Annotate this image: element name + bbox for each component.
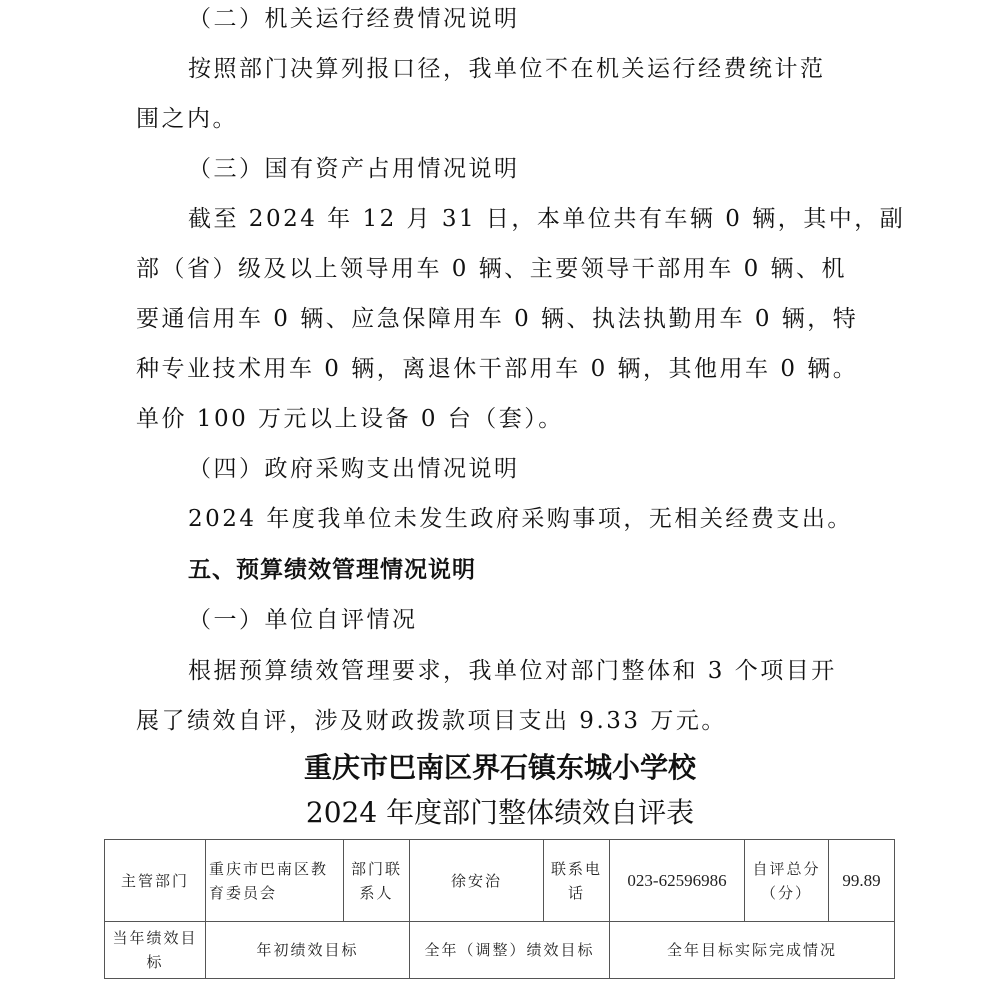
contact-value: 徐安治 [410,840,544,922]
section-3-paragraph-line-4: 种专业技术用车 0 辆，离退休干部用车 0 辆，其他用车 0 辆。 [136,354,858,384]
section-2-paragraph-line-2: 围之内。 [136,104,238,134]
section-3-paragraph-line-3: 要通信用车 0 辆、应急保障用车 0 辆、执法执勤用车 0 辆，特 [136,304,858,334]
score-value: 99.89 [829,840,895,922]
section-3-paragraph-line-5: 单价 100 万元以上设备 0 台（套）。 [136,404,564,434]
form-title-line-1: 重庆市巴南区界石镇东城小学校 [0,750,1000,786]
chapter-5-heading: 五、预算绩效管理情况说明 [188,555,476,585]
section-3-paragraph-line-1: 截至 2024 年 12 月 31 日，本单位共有车辆 0 辆，其中，副 [188,204,905,234]
contact-label: 部门联系人 [344,840,410,922]
phone-value: 023-62596986 [610,840,745,922]
phone-label: 联系电话 [544,840,610,922]
form-title-line-2: 2024 年度部门整体绩效自评表 [0,795,1000,831]
performance-evaluation-table: 主管部门 重庆市巴南区教育委员会 部门联系人 徐安治 联系电话 023-6259… [104,839,895,979]
score-label: 自评总分（分） [745,840,829,922]
initial-goal-header: 年初绩效目标 [206,922,410,979]
chapter-5-section-1-paragraph-line-1: 根据预算绩效管理要求，我单位对部门整体和 3 个项目开 [188,656,837,686]
chapter-5-section-1-heading: （一）单位自评情况 [188,605,418,635]
supervisor-label: 主管部门 [105,840,206,922]
section-2-paragraph-line-1: 按照部门决算列报口径，我单位不在机关运行经费统计范 [188,54,826,84]
adjusted-goal-header: 全年（调整）绩效目标 [410,922,610,979]
chapter-5-section-1-paragraph-line-2: 展了绩效自评，涉及财政拨款项目支出 9.33 万元。 [136,706,727,736]
section-2-heading: （二）机关运行经费情况说明 [188,4,520,34]
section-3-paragraph-line-2: 部（省）级及以上领导用车 0 辆、主要领导干部用车 0 辆、机 [136,254,847,284]
section-3-heading: （三）国有资产占用情况说明 [188,154,520,184]
actual-completion-header: 全年目标实际完成情况 [610,922,895,979]
goal-label: 当年绩效目标 [105,922,206,979]
supervisor-value: 重庆市巴南区教育委员会 [206,840,344,922]
section-4-heading: （四）政府采购支出情况说明 [188,454,520,484]
section-4-paragraph-line-1: 2024 年度我单位未发生政府采购事项，无相关经费支出。 [188,504,853,534]
table-row: 主管部门 重庆市巴南区教育委员会 部门联系人 徐安治 联系电话 023-6259… [105,840,895,922]
table-row: 当年绩效目标 年初绩效目标 全年（调整）绩效目标 全年目标实际完成情况 [105,922,895,979]
